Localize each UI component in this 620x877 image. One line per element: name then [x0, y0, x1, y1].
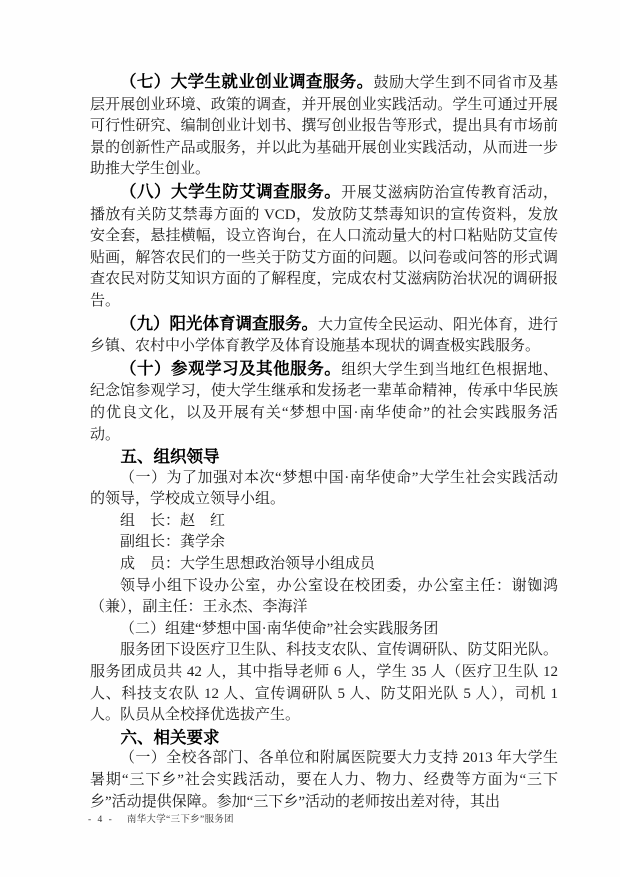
body-paragraph-leadership-intro: （一）为了加强对本次“梦想中国·南华使命”大学生社会实践活动的领导，学校成立领导… — [90, 468, 558, 511]
body-line-members: 成 员：大学生思想政治领导小组成员 — [90, 554, 558, 576]
service-item-9-title: （九）阳光体育调查服务。 — [120, 314, 318, 333]
section-heading-5: 五、组织领导 — [90, 446, 558, 468]
body-paragraph-office: 领导小组下设办公室，办公室设在校团委，办公室主任：谢铷鸿（兼），副主任：王永杰、… — [90, 576, 558, 619]
document-page: （七）大学生就业创业调查服务。鼓励大学生到不同省市及基层开展创业环境、政策的调查… — [0, 0, 620, 877]
document-body: （七）大学生就业创业调查服务。鼓励大学生到不同省市及基层开展创业环境、政策的调查… — [90, 71, 558, 813]
service-item-7-title: （七）大学生就业创业调查服务。 — [120, 72, 374, 91]
service-item-9: （九）阳光体育调查服务。大力宣传全民运动、阳光体育，进行乡镇、农村中小学体育教学… — [90, 313, 558, 358]
section-heading-6: 六、相关要求 — [90, 727, 558, 749]
body-line-group-leader: 组 长：赵 红 — [90, 511, 558, 533]
body-line-team-founding: （二）组建“梦想中国·南华使命”社会实践服务团 — [90, 619, 558, 641]
body-paragraph-requirements: （一）全校各部门、各单位和附属医院要大力支持 2013 年大学生暑期“三下乡”社… — [90, 748, 558, 813]
body-paragraph-team-composition: 服务团下设医疗卫生队、科技支农队、宣传调研队、防艾阳光队。服务团成员共 42 人… — [90, 640, 558, 726]
service-item-10-title: （十）参观学习及其他服务。 — [120, 359, 341, 378]
service-item-7: （七）大学生就业创业调查服务。鼓励大学生到不同省市及基层开展创业环境、政策的调查… — [90, 71, 558, 181]
footer-team-name: 南华大学“三下乡”服务团 — [127, 815, 234, 825]
service-item-10: （十）参观学习及其他服务。组织大学生到当地红色根据地、纪念馆参观学习，使大学生继… — [90, 358, 558, 446]
service-item-8-text: 开展艾滋病防治宣传教育活动，播放有关防艾禁毒方面的 VCD，发放防艾禁毒知识的宣… — [90, 185, 558, 309]
page-number: - 4 - — [88, 815, 114, 825]
page-footer: - 4 -南华大学“三下乡”服务团 — [88, 814, 234, 826]
service-item-8: （八）大学生防艾调查服务。开展艾滋病防治宣传教育活动，播放有关防艾禁毒方面的 V… — [90, 181, 558, 313]
body-line-deputy-leader: 副组长：龚学余 — [90, 532, 558, 554]
service-item-8-title: （八）大学生防艾调查服务。 — [120, 182, 341, 201]
